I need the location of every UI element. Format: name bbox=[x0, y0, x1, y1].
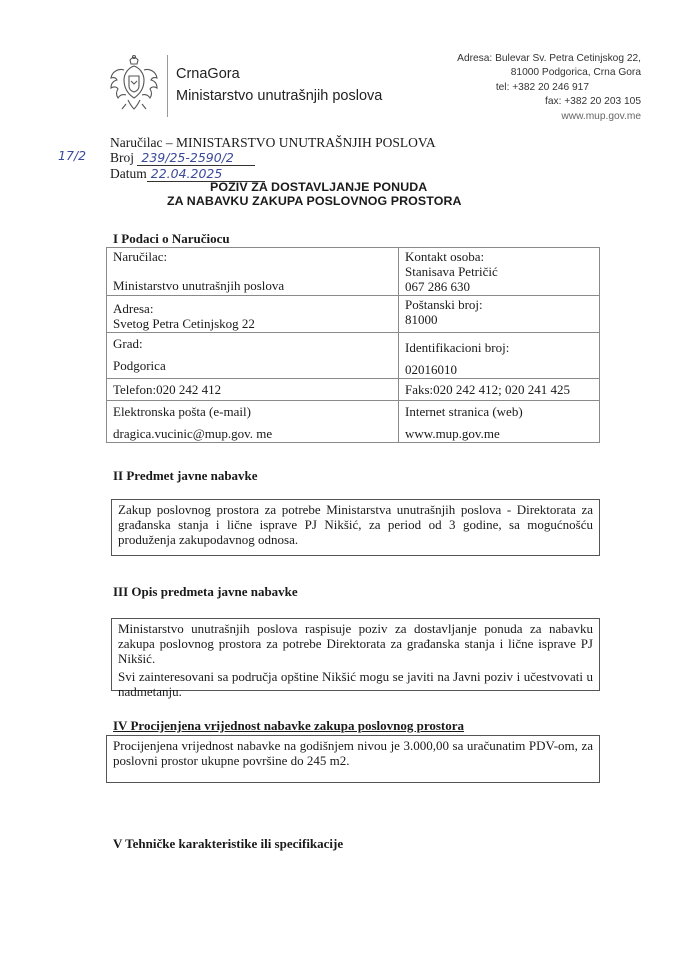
cell-label: Faks:020 242 412; 020 241 425 bbox=[405, 382, 593, 397]
cell-value: 02016010 bbox=[405, 362, 593, 377]
section3-paragraph2: Svi zainteresovani sa područja opštine N… bbox=[118, 670, 593, 700]
cell-label: Poštanski broj: bbox=[405, 297, 593, 312]
broj-label: Broj bbox=[110, 150, 134, 165]
cell-value: Ministarstvo unutrašnjih poslova bbox=[113, 278, 392, 293]
org-ministry: Ministarstvo unutrašnjih poslova bbox=[176, 88, 382, 104]
section3-paragraph1: Ministarstvo unutrašnjih poslova raspisu… bbox=[118, 622, 593, 666]
section4-heading: IV Procijenjena vrijednost nabavke zakup… bbox=[113, 718, 464, 734]
broj-value: 239/25-2590/2 bbox=[137, 150, 255, 166]
reference-block: Naručilac – MINISTARSTVO UNUTRAŠNJIH POS… bbox=[110, 135, 436, 182]
section2-box: Zakup poslovnog prostora za potrebe Mini… bbox=[111, 499, 600, 556]
contact-fax: fax: +382 20 203 105 bbox=[457, 95, 641, 109]
section2-heading: II Predmet javne nabavke bbox=[113, 468, 258, 484]
broj-row: Broj 239/25-2590/2 bbox=[110, 150, 436, 166]
table-cell: Telefon:020 242 412 bbox=[107, 379, 399, 401]
section3-box: Ministarstvo unutrašnjih poslova raspisu… bbox=[111, 618, 600, 691]
table-cell: Naručilac: Ministarstvo unutrašnjih posl… bbox=[107, 248, 399, 296]
table-row: Grad: Podgorica Identifikacioni broj: 02… bbox=[107, 333, 600, 379]
table-cell: Identifikacioni broj: 02016010 bbox=[399, 333, 600, 379]
cell-value: Podgorica bbox=[113, 358, 392, 373]
cell-label: Kontakt osoba: bbox=[405, 249, 593, 264]
cell-label: Internet stranica (web) bbox=[405, 404, 593, 419]
cell-value: Svetog Petra Cetinjskog 22 bbox=[113, 316, 392, 331]
section4-text: Procijenjena vrijednost nabavke na godiš… bbox=[113, 738, 593, 768]
contact-tel: tel: +382 20 246 917 bbox=[457, 81, 589, 95]
narucilac-line: Naručilac – MINISTARSTVO UNUTRAŠNJIH POS… bbox=[110, 135, 436, 150]
cell-value: 81000 bbox=[405, 312, 593, 327]
section3-heading: III Opis predmeta javne nabavke bbox=[113, 584, 298, 600]
section1-heading: I Podaci o Naručiocu bbox=[113, 231, 230, 247]
contact-address-line1: Adresa: Bulevar Sv. Petra Cetinjskog 22, bbox=[457, 52, 641, 66]
cell-label: Elektronska pošta (e-mail) bbox=[113, 404, 392, 419]
table-cell: Internet stranica (web) www.mup.gov.me bbox=[399, 401, 600, 443]
cell-value: www.mup.gov.me bbox=[405, 426, 593, 441]
table-cell: Poštanski broj: 81000 bbox=[399, 296, 600, 333]
datum-label: Datum bbox=[110, 166, 147, 181]
table-row: Elektronska pošta (e-mail) dragica.vucin… bbox=[107, 401, 600, 443]
cell-value: dragica.vucinic@mup.gov. me bbox=[113, 426, 392, 441]
table-row: Naručilac: Ministarstvo unutrašnjih posl… bbox=[107, 248, 600, 296]
header-divider bbox=[167, 55, 168, 117]
coat-of-arms-icon bbox=[108, 54, 160, 112]
cell-value: Stanisava Petričić bbox=[405, 264, 593, 279]
section5-heading: V Tehničke karakteristike ili specifikac… bbox=[113, 836, 343, 852]
table-cell: Adresa: Svetog Petra Cetinjskog 22 bbox=[107, 296, 399, 333]
contact-block: Adresa: Bulevar Sv. Petra Cetinjskog 22,… bbox=[457, 52, 641, 124]
contracting-authority-table: Naručilac: Ministarstvo unutrašnjih posl… bbox=[106, 247, 600, 443]
table-cell: Faks:020 242 412; 020 241 425 bbox=[399, 379, 600, 401]
handwritten-margin-note: 17/2 bbox=[58, 148, 86, 163]
table-cell: Elektronska pošta (e-mail) dragica.vucin… bbox=[107, 401, 399, 443]
document-title-line1: POZIV ZA DOSTAVLJANJE PONUDA bbox=[0, 180, 679, 195]
table-row: Telefon:020 242 412 Faks:020 242 412; 02… bbox=[107, 379, 600, 401]
cell-label: Identifikacioni broj: bbox=[405, 340, 593, 355]
cell-label: Telefon:020 242 412 bbox=[113, 382, 392, 397]
table-row: Adresa: Svetog Petra Cetinjskog 22 Pošta… bbox=[107, 296, 600, 333]
contact-address-line2: 81000 Podgorica, Crna Gora bbox=[457, 66, 641, 80]
table-cell: Kontakt osoba: Stanisava Petričić 067 28… bbox=[399, 248, 600, 296]
document-title-line2: ZA NABAVKU ZAKUPA POSLOVNOG PROSTORA bbox=[0, 194, 679, 209]
table-cell: Grad: Podgorica bbox=[107, 333, 399, 379]
cell-label: Adresa: bbox=[113, 301, 392, 316]
section4-box: Procijenjena vrijednost nabavke na godiš… bbox=[106, 735, 600, 783]
cell-label: Naručilac: bbox=[113, 249, 167, 264]
org-country: CrnaGora bbox=[176, 66, 240, 82]
contact-web: www.mup.gov.me bbox=[457, 110, 641, 124]
cell-label: Grad: bbox=[113, 336, 392, 351]
cell-value: 067 286 630 bbox=[405, 279, 593, 294]
section2-text: Zakup poslovnog prostora za potrebe Mini… bbox=[118, 502, 593, 547]
